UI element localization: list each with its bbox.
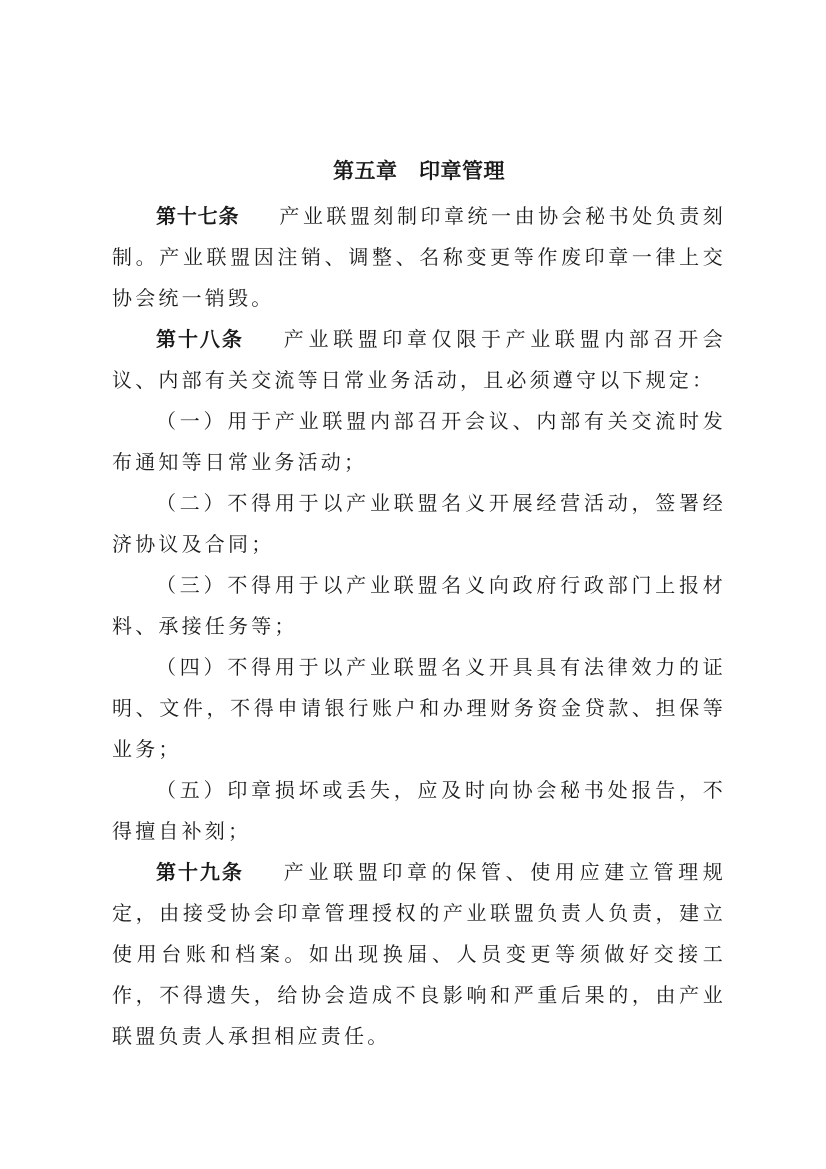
article-17: 第十七条产业联盟刻制印章统一由协会秘书处负责刻制。产业联盟因注销、调整、名称变更…	[112, 196, 726, 319]
article-18-item-2: （二）不得用于以产业联盟名义开展经营活动，签署经济协议及合同；	[112, 483, 726, 565]
article-number: 第十七条	[156, 204, 239, 228]
article-18-item-1: （一）用于产业联盟内部召开会议、内部有关交流时发布通知等日常业务活动；	[112, 401, 726, 483]
article-18-item-4: （四）不得用于以产业联盟名义开具具有法律效力的证明、文件，不得申请银行账户和办理…	[112, 647, 726, 770]
article-19: 第十九条产业联盟印章的保管、使用应建立管理规定，由接受协会印章管理授权的产业联盟…	[112, 852, 726, 1057]
article-18-item-3: （三）不得用于以产业联盟名义向政府行政部门上报材料、承接任务等；	[112, 565, 726, 647]
chapter-title: 第五章 印章管理	[112, 155, 726, 187]
chapter-body: 第十七条产业联盟刻制印章统一由协会秘书处负责刻制。产业联盟因注销、调整、名称变更…	[112, 196, 726, 1057]
article-number: 第十八条	[156, 327, 244, 351]
article-18: 第十八条产业联盟印章仅限于产业联盟内部召开会议、内部有关交流等日常业务活动，且必…	[112, 319, 726, 401]
article-number: 第十九条	[156, 860, 244, 884]
article-18-item-5: （五）印章损坏或丢失，应及时向协会秘书处报告，不得擅自补刻；	[112, 770, 726, 852]
article-text: 产业联盟印章的保管、使用应建立管理规定，由接受协会印章管理授权的产业联盟负责人负…	[112, 860, 726, 1048]
